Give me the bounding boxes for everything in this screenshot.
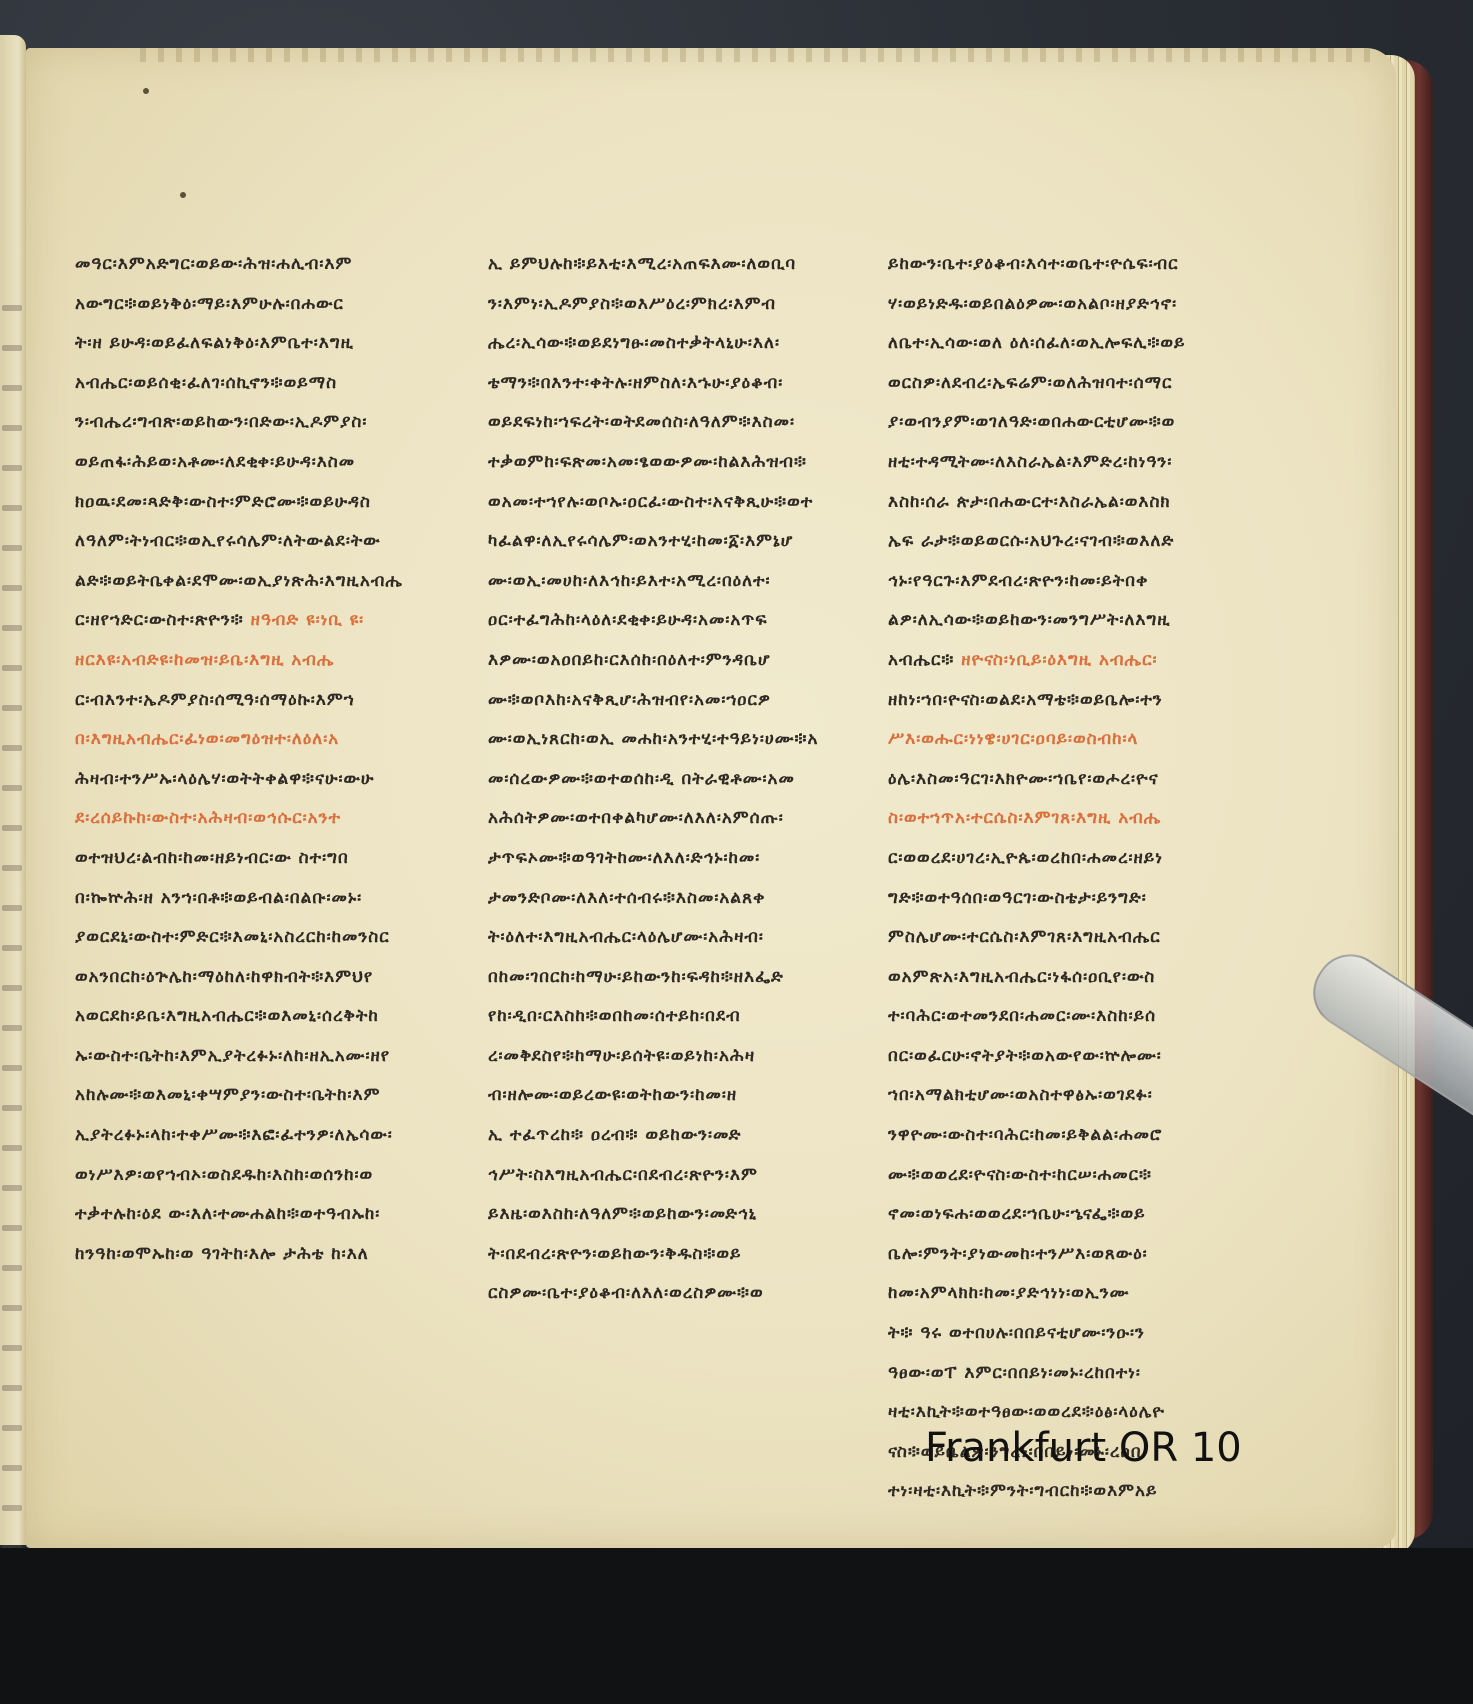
ghost-text-mark <box>2 745 22 751</box>
manuscript-line: ት፡በደብረ፡ጽዮን፡ወይከውን፡ቅዱስ፨ወይ <box>488 1235 868 1275</box>
manuscript-line: አብሔር፨ ዘዮናስ፡ነቢይ፡ዕእግዚ አብሔር፡ <box>888 641 1268 681</box>
manuscript-line: ተቃወምከ፡ፍጽመ፡አመ፡ፄወውዎሙ፡ከልእሕዝብ፨ <box>488 443 868 483</box>
manuscript-line: ዘርእዩ፡አብድዩ፡ከመዝ፡ይቤ፡እግዚ አብሔ <box>75 641 455 681</box>
manuscript-line: ር፡ዘየኀድር፡ውስተ፡ጽዮን፨ ዘዓብድ ዩ፡ነቢ ዩ፡ <box>75 601 455 641</box>
manuscript-line: ወነሥእዎ፡ወየኀብኦ፡ወስደዱከ፡እስከ፡ወሰንከ፡ወ <box>75 1156 455 1196</box>
ghost-text-mark <box>2 865 22 871</box>
manuscript-line: መ፡ሰረውዎሙ፨ወተወሰከ፡ዲ በትራዊቶሙ፡አመ <box>488 760 868 800</box>
manuscript-line: ኅሥት፡ስእግዚአብሔር፡በደብረ፡ጽዮን፡እም <box>488 1156 868 1196</box>
manuscript-line: ርስዎሙ፡ቤተ፡ያዕቆብ፡ለእለ፡ወረስዎሙ፨ወ <box>488 1274 868 1314</box>
manuscript-line: ኢ ተፈጥረከ፨ ዐረብ፨ ወይከውን፡መድ <box>488 1116 868 1156</box>
manuscript-line: እዎሙ፡ወአዐበይከ፡ርእሰከ፡በዕለተ፡ምንዳቤሆ <box>488 641 868 681</box>
manuscript-line: ን፡እምነ፡ኢዶምያስ፨ወእሥዕረ፡ምክረ፡እምብ <box>488 285 868 325</box>
bottom-shadow <box>0 1548 1473 1704</box>
manuscript-line: አከሉሙ፨ወእመኒ፡ቀሣምያን፡ውስተ፡ቤትከ፡እም <box>75 1076 455 1116</box>
manuscript-line: ልዎ፡ለኢሳው፨ወይከውን፡መንግሥት፡ለእግዚ <box>888 601 1268 641</box>
ghost-text-mark <box>2 1145 22 1151</box>
manuscript-line: ት፡ዕለተ፡እግዚአብሔር፡ላዕሌሆሙ፡አሕዛብ፡ <box>488 918 868 958</box>
ghost-text-mark <box>2 425 22 431</box>
manuscript-line: ዕሌ፡እስመ፡ዓርገ፡እክዮሙ፡ኀቤየ፡ወሖረ፡ዮና <box>888 760 1268 800</box>
manuscript-line: ወአንበርከ፡ዕጕሌከ፡ማዕከለ፡ከዋክብት፨እምህየ <box>75 958 455 998</box>
manuscript-line: ከንዓከ፡ወሞኡከ፡ወ ዓገትከ፡እሎ ታሕቴ ከ፡እለ <box>75 1235 455 1275</box>
ghost-text-mark <box>2 585 22 591</box>
manuscript-line: ተነ፡ዛቲ፡እኪት፨ምንት፡ግብርከ፨ወእምአይ <box>888 1472 1268 1512</box>
manuscript-line: አሕሰትዎሙ፡ወተበቀልካሆሙ፡ለእለ፡አምሰጡ፡ <box>488 799 868 839</box>
manuscript-line: በ፡ኰኵሕ፡ዘ አንኀ፡በቶ፨ወይብል፡በልቡ፡መኑ፡ <box>75 879 455 919</box>
text-column-1: መዓር፡እምአድግር፡ወይው፡ሕዝ፡ሐሊብ፡እምአውግር፨ወይነቅዕ፡ማይ፡እም… <box>75 245 455 1274</box>
manuscript-line: ዘከነ፡ኀበ፡ዮናስ፡ወልደ፡አማቴ፨ወይቤሎ፡ተን <box>888 681 1268 721</box>
ghost-text-mark <box>2 1225 22 1231</box>
manuscript-line: ተቃተሉከ፡ዕደ ው፡እለ፡ተሙሐልከ፨ወተዓብኡከ፡ <box>75 1195 455 1235</box>
ghost-text-mark <box>2 1465 22 1471</box>
manuscript-line: ኡ፡ውስተ፡ቤትከ፡እምኢያትረፉኑ፡ለከ፡ዘኢአሙ፡ዘየ <box>75 1037 455 1077</box>
ink-spot <box>143 88 149 94</box>
manuscript-line: አውግር፨ወይነቅዕ፡ማይ፡እምሁሉ፡በሐውር <box>75 285 455 325</box>
manuscript-line: ኢ ይምህሉከ፨ይእቲ፡እሚረ፡አጠፍእሙ፡ለወቢባ <box>488 245 868 285</box>
ghost-text-mark <box>2 665 22 671</box>
manuscript-line: ለቤተ፡ኢሳው፡ወለ ዕለ፡ሰፈለ፡ወኢሎፍሊ፨ወይ <box>888 324 1268 364</box>
manuscript-line: ብ፡ዘሎሙ፡ወይረውዩ፡ወትከውን፡ከመ፡ዘ <box>488 1076 868 1116</box>
text-column-3: ይከውን፡ቤተ፡ያዕቆብ፡እሳተ፡ወቤተ፡ዮሴፍ፡ብርሃ፡ወይነድዱ፡ወይበልዕ… <box>888 245 1268 1512</box>
manuscript-line: ሥእ፡ወሑር፡ነነዌ፡ሀገር፡ዐባይ፡ወስብከ፡ላ <box>888 720 1268 760</box>
manuscript-line: መዓር፡እምአድግር፡ወይው፡ሕዝ፡ሐሊብ፡እም <box>75 245 455 285</box>
ghost-text-mark <box>2 1505 22 1511</box>
manuscript-line: ታመንድቦሙ፡ለእለ፡ተሰብሩ፨እስመ፡አልጸቀ <box>488 879 868 919</box>
manuscript-line: ግድ፨ወተዓሰበ፡ወዓርገ፡ውስቴታ፡ይንግድ፡ <box>888 879 1268 919</box>
manuscript-line: ከመ፡አምላክከ፡ከመ፡ያድኅነነ፡ወኢንሙ <box>888 1274 1268 1314</box>
ghost-text-mark <box>2 1385 22 1391</box>
ghost-text-mark <box>2 905 22 911</box>
manuscript-line: ይከውን፡ቤተ፡ያዕቆብ፡እሳተ፡ወቤተ፡ዮሴፍ፡ብር <box>888 245 1268 285</box>
manuscript-line: ሃ፡ወይነድዱ፡ወይበልዕዎሙ፡ወአልቦ፡ዘያድኅኖ፡ <box>888 285 1268 325</box>
manuscript-line: በከመ፡ገበርከ፡ከማሁ፡ይከውንከ፡ፍዳከ፨ዘእፌድ <box>488 958 868 998</box>
manuscript-line: ወአመ፡ተኀየሉ፡ወቦኡ፡ዐርፈ፡ውስተ፡አናቅጺሁ፨ወተ <box>488 483 868 523</box>
manuscript-line: ምስሌሆሙ፡ተርሴስ፡እምገጸ፡እግዚአብሔር <box>888 918 1268 958</box>
manuscript-line: ዓፀው፡ወፐ እምር፡በበይነ፡መኑ፡ረከበተነ፡ <box>888 1354 1268 1394</box>
manuscript-line: ደ፡ረሰይኩከ፡ውስተ፡አሕዛብ፡ወኅሱር፡አንተ <box>75 799 455 839</box>
manuscript-line: ወተዝህረ፡ልብከ፡ከመ፡ዘይነብር፡ው ስተ፡ግበ <box>75 839 455 879</box>
text-column-2: ኢ ይምህሉከ፨ይእቲ፡እሚረ፡አጠፍእሙ፡ለወቢባን፡እምነ፡ኢዶምያስ፨ወእ… <box>488 245 868 1314</box>
ghost-text-mark <box>2 625 22 631</box>
manuscript-line: ቤሎ፡ምንት፡ያነውመከ፡ተንሥእ፡ወጸውዕ፡ <box>888 1235 1268 1275</box>
manuscript-line: ልድ፨ወይትቤቀል፡ደሞሙ፡ወኢያነጽሕ፡እግዚአብሔ <box>75 562 455 602</box>
ghost-text-mark <box>2 1425 22 1431</box>
ghost-text-mark <box>2 945 22 951</box>
manuscript-line: ኅኑ፡የዓርጉ፡እምደብረ፡ጽዮን፡ከመ፡ይትበቀ <box>888 562 1268 602</box>
manuscript-line: ይእዜ፡ወእስከ፡ለዓለም፨ወይከውን፡መድኅኒ <box>488 1195 868 1235</box>
ghost-text-mark <box>2 705 22 711</box>
manuscript-line: ወርስዎ፡ለደብረ፡ኤፍሬም፡ወለሕዝባተ፡ሰማር <box>888 364 1268 404</box>
ghost-text-mark <box>2 545 22 551</box>
manuscript-line: አወርደከ፡ይቤ፡እግዚአብሔር፨ወእመኒ፡ሰረቅትከ <box>75 997 455 1037</box>
manuscript-line: ወይደፍነከ፡ኀፍረት፡ወትደመሰስ፡ለዓለም፨እስመ፡ <box>488 403 868 443</box>
manuscript-line: ታጥፍኦሙ፨ወዓገትከሙ፡ለእለ፡ድኅኑ፡ከመ፡ <box>488 839 868 879</box>
ghost-text-mark <box>2 1185 22 1191</box>
previous-leaf-strip <box>0 35 26 1545</box>
manuscript-line: የከ፡ዲበ፡ርእስከ፨ወበከመ፡ሰተይከ፡በደብ <box>488 997 868 1037</box>
manuscript-line: ር፡ወወረደ፡ሀገረ፡ኢዮጴ፡ወረከበ፡ሐመረ፡ዘይነ <box>888 839 1268 879</box>
ghost-text-mark <box>2 1065 22 1071</box>
manuscript-line: ለዓለም፡ትነብር፨ወኢየሩሳሌም፡ለትውልደ፡ትው <box>75 522 455 562</box>
manuscript-line: በር፡ወፈርሁ፡ኖትያት፨ወአውየው፡ኵሎሙ፡ <box>888 1037 1268 1077</box>
ghost-text-mark <box>2 385 22 391</box>
ghost-text-mark <box>2 345 22 351</box>
manuscript-line: ወአምጽአ፡እግዚአብሔር፡ነፋሰ፡ዐቢየ፡ውስ <box>888 958 1268 998</box>
ghost-text-mark <box>2 1265 22 1271</box>
caption-label: Frankfurt OR 10 <box>925 1425 1242 1471</box>
ghost-text-mark <box>2 785 22 791</box>
manuscript-line: ወይጠፋ፡ሕይወ፡አቶሙ፡ለደቂቀ፡ይሁዳ፡እስመ <box>75 443 455 483</box>
ghost-text-mark <box>2 465 22 471</box>
manuscript-line: አብሔር፡ወይሰቂ፡ፈለገ፡ሰኪኖን፨ወይማስ <box>75 364 455 404</box>
manuscript-line: ሙ፨ወወረደ፡ዮናስ፡ውስተ፡ከርሠ፡ሐመር፨ <box>888 1156 1268 1196</box>
manuscript-line: ያወርደኒ፡ውስተ፡ምድር፨እመኒ፡አስረርከ፡ከመንስር <box>75 918 455 958</box>
manuscript-line: ዐር፡ተፈግሕከ፡ላዕለ፡ደቂቀ፡ይሁዳ፡አመ፡አጥፍ <box>488 601 868 641</box>
manuscript-line: ሔረ፡ኢሳው፨ወይደነግፁ፡መስተቃትላኒሁ፡እለ፡ <box>488 324 868 364</box>
ghost-text-mark <box>2 1345 22 1351</box>
manuscript-line: ኀበ፡አማልክቲሆሙ፡ወአስተዋፅኡ፡ወገደፉ፡ <box>888 1076 1268 1116</box>
manuscript-line: ን፡ብሔረ፡ግብጽ፡ወይከውን፡በድው፡ኢዶምያስ፡ <box>75 403 455 443</box>
manuscript-line: ያ፡ወብንያም፡ወገለዓድ፡ወበሐውርቲሆሙ፨ወ <box>888 403 1268 443</box>
ghost-text-mark <box>2 985 22 991</box>
ghost-text-mark <box>2 1305 22 1311</box>
manuscript-line: ሙ፡ወኢ፡መሀከ፡ለእኅከ፡ይእተ፡አሚረ፡በዕለተ፡ <box>488 562 868 602</box>
manuscript-line: እስከ፡ሰራ ጵታ፡በሐውርተ፡እስራኤል፡ወእስክ <box>888 483 1268 523</box>
page-top-stain <box>140 48 1380 62</box>
manuscript-line: ሕዛብ፡ተንሥኡ፡ላዕሌሃ፡ወትትቀልዋ፨ናሁ፡ውሁ <box>75 760 455 800</box>
manuscript-line: ሙ፨ወቦእከ፡አናቅጺሆ፡ሕዝብየ፡አመ፡ኀዐርዎ <box>488 681 868 721</box>
manuscript-line: ቴማን፨በእንተ፡ቀትሉ፡ዘምስለ፡እኁሁ፡ያዕቆብ፡ <box>488 364 868 404</box>
ink-spot <box>180 192 186 198</box>
manuscript-line: ንዋዮሙ፡ውስተ፡ባሕር፡ከመ፡ይቅልል፡ሐመሮ <box>888 1116 1268 1156</box>
manuscript-line: ተ፡ባሕር፡ወተመንደበ፡ሐመር፡ሙ፡እስከ፡ይሰ <box>888 997 1268 1037</box>
manuscript-line: ት፡ዘ ይሁዳ፡ወይፈለፍልነቅዕ፡እምቤተ፡እግዚ <box>75 324 455 364</box>
manuscript-line: ኢያትረፉኑ፡ላከ፡ተቀሥሙ፨እፎ፡ፈተንዎ፡ለኤሳው፡ <box>75 1116 455 1156</box>
manuscript-line: ረ፡መቅደስየ፨ከማሁ፡ይሰትዩ፡ወይነከ፡አሕዛ <box>488 1037 868 1077</box>
manuscript-line: ኖመ፡ወነፍሐ፡ወወረደ፡ኀቤሁ፡ኄናፌ፨ወይ <box>888 1195 1268 1235</box>
ghost-text-mark <box>2 1025 22 1031</box>
manuscript-line: ክዐዉ፡ደመ፡ጻድቅ፡ውስተ፡ምድሮሙ፨ወይሁዳስ <box>75 483 455 523</box>
manuscript-line: ኤፍ ራታ፨ወይወርሱ፡አህጉረ፡ናገብ፨ወእለድ <box>888 522 1268 562</box>
manuscript-line: ስ፡ወተኀጥአ፡ተርሴስ፡እምገጸ፡እግዚ አብሔ <box>888 799 1268 839</box>
ghost-text-mark <box>2 305 22 311</box>
manuscript-line: ሙ፡ወኢነጸርከ፡ወኢ መሐከ፡አንተሂ፡ተዓይነ፡ሀሙ፨አ <box>488 720 868 760</box>
manuscript-line: ካፈልዋ፡ለኢየሩሳሌም፡ወአንተሂ፡ከመ፡፩፡እምኔሆ <box>488 522 868 562</box>
manuscript-line: በ፡እግዚአብሔር፡ፈነወ፡መግዕዝተ፡ለዕለ፡አ <box>75 720 455 760</box>
manuscript-line: ር፡ብእንተ፡ኤዶምያስ፡ሰሚዓ፡ሰማዕኩ፡እምኀ <box>75 681 455 721</box>
manuscript-line: ዘቲ፡ተዳሚትሙ፡ለእስራኤል፡እምድረ፡ከነዓን፡ <box>888 443 1268 483</box>
ghost-text-mark <box>2 505 22 511</box>
manuscript-line: ት፨ ዓሩ ወተበሀሉ፡በበይናቲሆሙ፡ንዑ፡ን <box>888 1314 1268 1354</box>
ghost-text-mark <box>2 1105 22 1111</box>
ghost-text-mark <box>2 825 22 831</box>
